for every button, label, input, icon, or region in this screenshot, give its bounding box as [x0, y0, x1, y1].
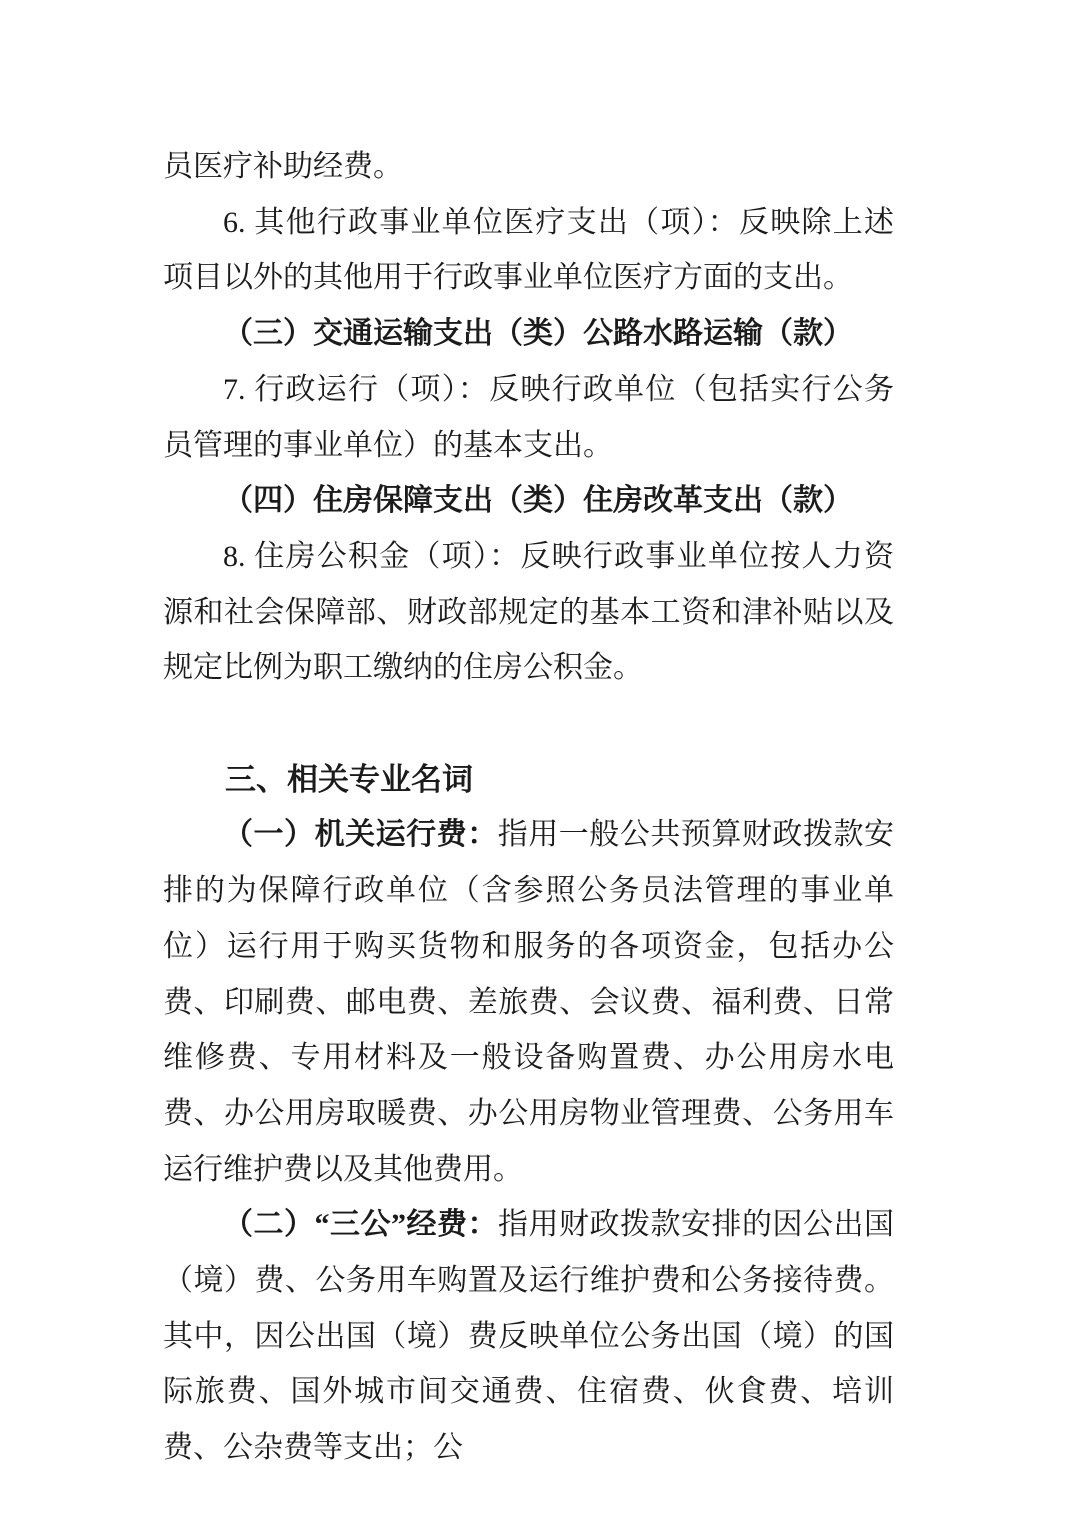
paragraph: 8. 住房公积金（项）：反映行政事业单位按人力资源和社会保障部、财政部规定的基本…: [163, 529, 894, 696]
section-heading: 三、相关专业名词: [163, 752, 894, 808]
term-label: （二）“三公”经费：: [223, 1208, 498, 1241]
subsection-heading: （四）住房保障支出（类）住房改革支出（款）: [163, 473, 894, 529]
blank-line: [163, 696, 894, 752]
paragraph: （一）机关运行费：指用一般公共预算财政拨款安排的为保障行政单位（含参照公务员法管…: [163, 807, 894, 1197]
subsection-heading: （三）交通运输支出（类）公路水路运输（款）: [163, 306, 894, 362]
term-label: （一）机关运行费：: [223, 818, 498, 851]
paragraph: 员医疗补助经费。: [163, 139, 894, 195]
paragraph: 7. 行政运行（项）：反映行政单位（包括实行公务员管理的事业单位）的基本支出。: [163, 362, 894, 473]
paragraph: （二）“三公”经费：指用财政拨款安排的因公出国（境）费、公务用车购置及运行维护费…: [163, 1197, 894, 1476]
document-page: 员医疗补助经费。6. 其他行政事业单位医疗支出（项）：反映除上述项目以外的其他用…: [0, 0, 1074, 1520]
document-content: 员医疗补助经费。6. 其他行政事业单位医疗支出（项）：反映除上述项目以外的其他用…: [0, 0, 1074, 1476]
paragraph: 6. 其他行政事业单位医疗支出（项）：反映除上述项目以外的其他用于行政事业单位医…: [163, 195, 894, 306]
